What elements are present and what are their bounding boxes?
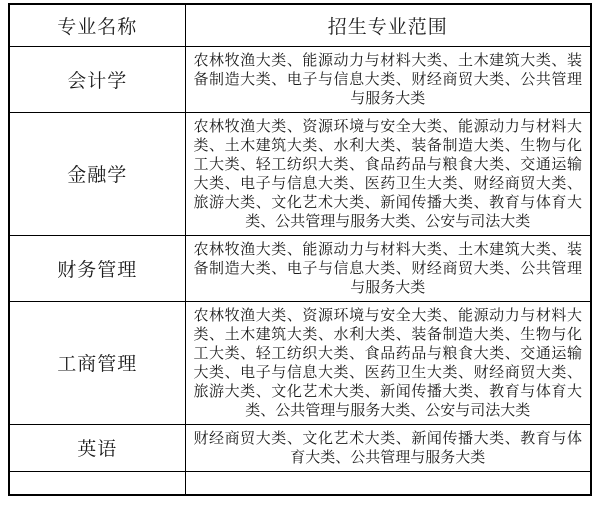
major-cell-accounting: 会计学: [9, 46, 185, 112]
scope-cell-english: 财经商贸大类、文化艺术大类、新闻传播大类、教育与体育大类、公共管理与服务大类: [185, 424, 591, 471]
table-row: 财务管理 农林牧渔大类、能源动力与材料大类、土木建筑大类、装备制造大类、电子与信…: [9, 235, 591, 301]
table-row: 会计学 农林牧渔大类、能源动力与材料大类、土木建筑大类、装备制造大类、电子与信息…: [9, 46, 591, 112]
header-row: 专业名称 招生专业范围: [9, 4, 591, 46]
major-cell-cutoff: [9, 471, 185, 495]
table-row: 英语 财经商贸大类、文化艺术大类、新闻传播大类、教育与体育大类、公共管理与服务大…: [9, 424, 591, 471]
scope-cell-cutoff: [185, 471, 591, 495]
header-major-name: 专业名称: [9, 4, 185, 46]
table-row: 金融学 农林牧渔大类、资源环境与安全大类、能源动力与材料大类、土木建筑大类、水利…: [9, 112, 591, 235]
major-cell-business-administration: 工商管理: [9, 301, 185, 424]
scope-cell-finance: 农林牧渔大类、资源环境与安全大类、能源动力与材料大类、土木建筑大类、水利大类、装…: [185, 112, 591, 235]
scope-cell-accounting: 农林牧渔大类、能源动力与材料大类、土木建筑大类、装备制造大类、电子与信息大类、财…: [185, 46, 591, 112]
table-row: 工商管理 农林牧渔大类、资源环境与安全大类、能源动力与材料大类、土木建筑大类、水…: [9, 301, 591, 424]
major-cell-english: 英语: [9, 424, 185, 471]
major-cell-finance: 金融学: [9, 112, 185, 235]
majors-table-container: 专业名称 招生专业范围 会计学 农林牧渔大类、能源动力与材料大类、土木建筑大类、…: [8, 3, 590, 496]
table-row-partial-cutoff: [9, 471, 591, 495]
majors-table: 专业名称 招生专业范围 会计学 农林牧渔大类、能源动力与材料大类、土木建筑大类、…: [8, 3, 592, 496]
header-scope: 招生专业范围: [185, 4, 591, 46]
major-cell-financial-management: 财务管理: [9, 235, 185, 301]
scope-cell-business-administration: 农林牧渔大类、资源环境与安全大类、能源动力与材料大类、土木建筑大类、水利大类、装…: [185, 301, 591, 424]
scope-cell-financial-management: 农林牧渔大类、能源动力与材料大类、土木建筑大类、装备制造大类、电子与信息大类、财…: [185, 235, 591, 301]
